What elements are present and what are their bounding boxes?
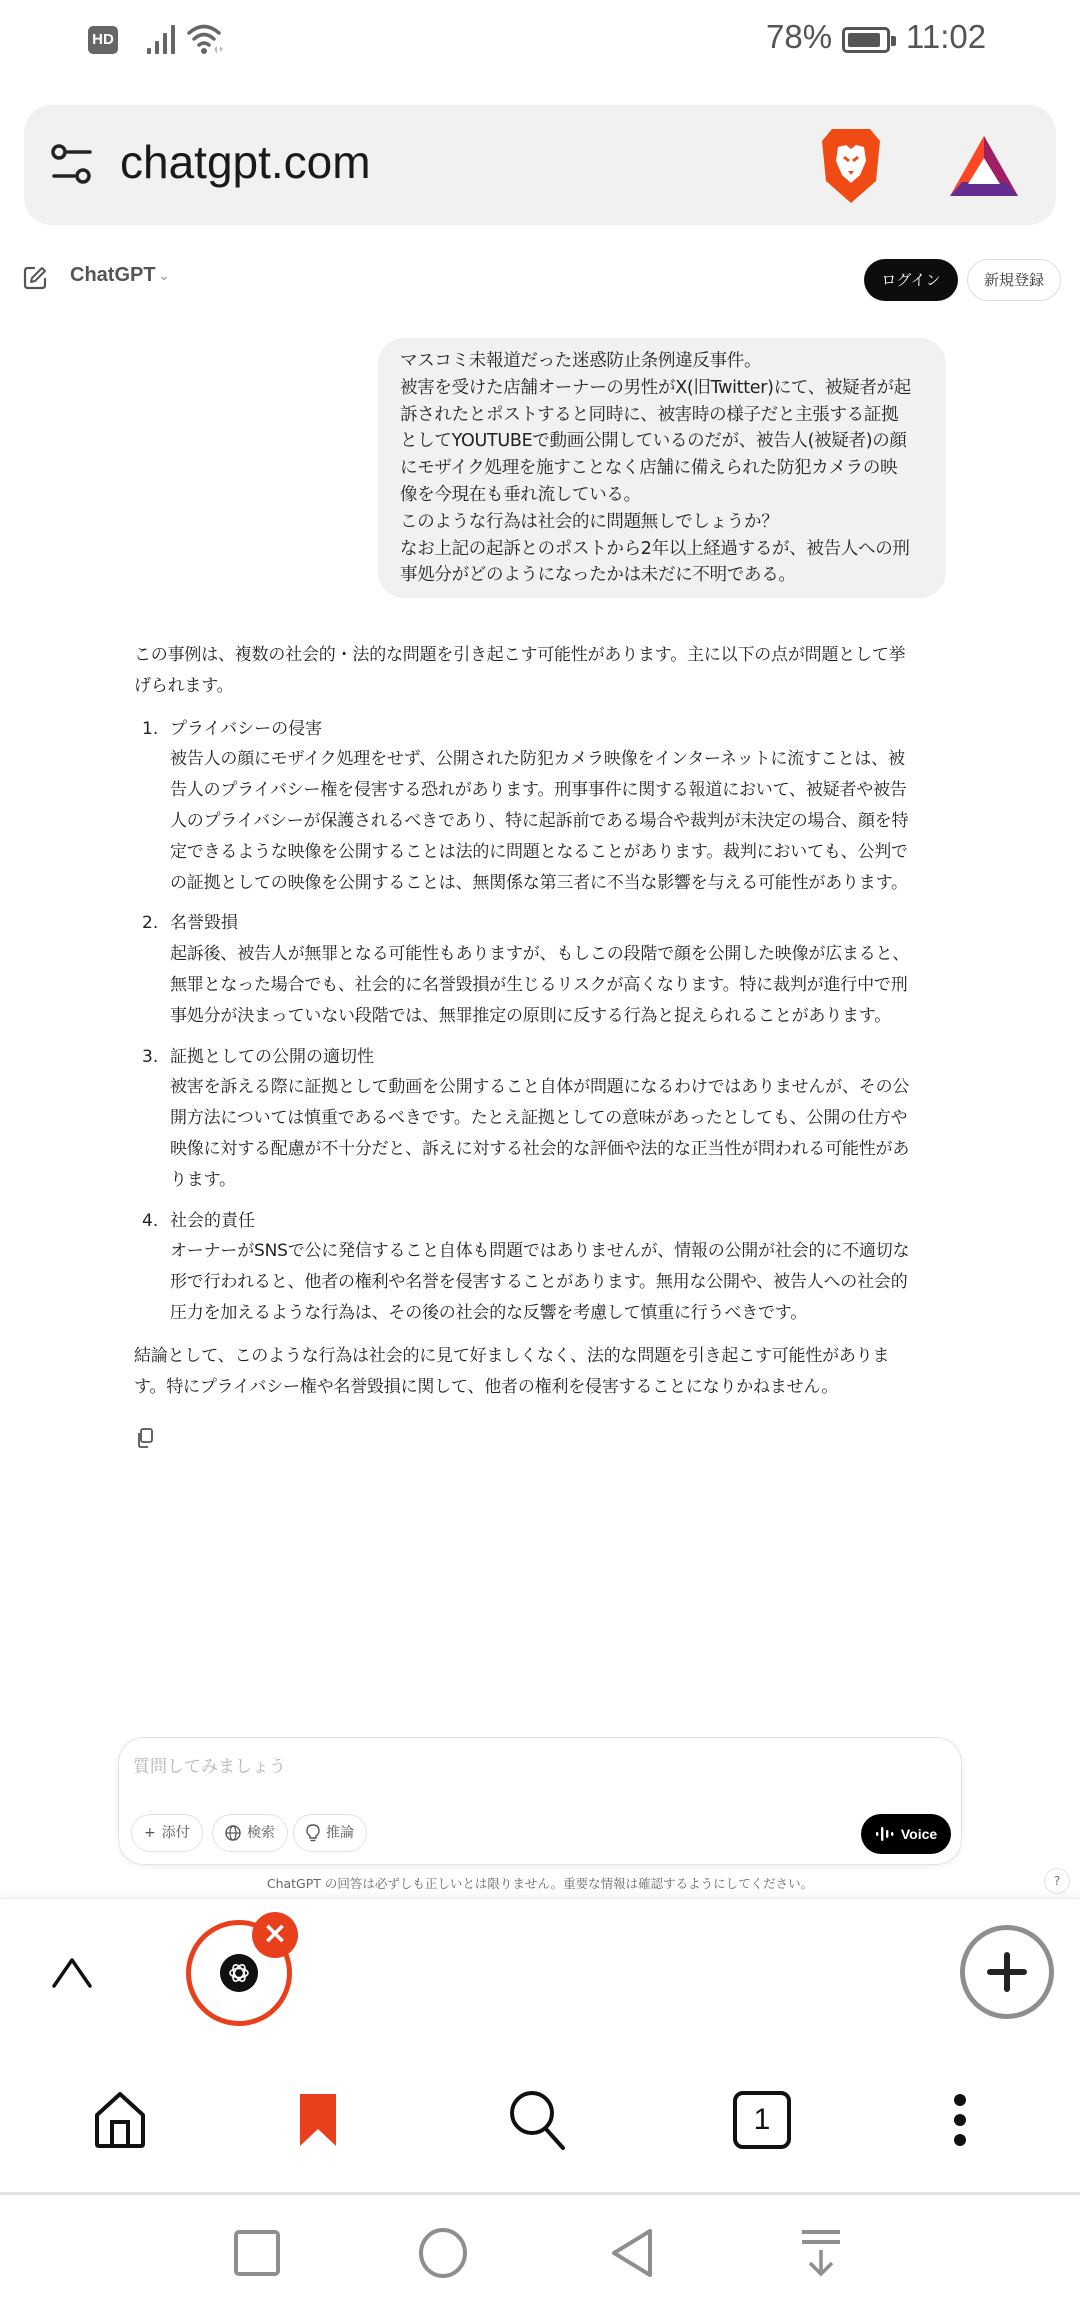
list-item-defamation: 2. 名誉毀損 起訴後、被告人が無罪となる可能性もありますが、もしこの段階で顔を… — [134, 908, 954, 1031]
user-message-line: 被害を受けた店舗オーナーの男性がX(旧Twitter)にて、被疑者が起 — [400, 375, 924, 402]
tab-count-icon: 1 — [733, 2091, 791, 2149]
text-line: 圧力を加えるような行為は、その後の社会的な反響を考慮して慎重に行うべきです。 — [170, 1298, 954, 1329]
text-line: す。特にプライバシー権や名誉毀損に関して、他者の権利を侵害することになりかねませ… — [134, 1372, 954, 1403]
text-line: 人のプライバシーが保護されるべきであり、特に起訴前である場合や裁判が未決定の場合… — [170, 806, 954, 837]
voice-waveform-icon — [875, 1826, 895, 1842]
recents-icon[interactable] — [232, 2228, 282, 2278]
url-text[interactable]: chatgpt.com — [120, 135, 371, 189]
back-icon[interactable] — [608, 2228, 658, 2278]
home-button[interactable] — [88, 2088, 152, 2152]
text-line: 告人のプライバシー権を侵害する恐れがあります。刑事事件に関する報道において、被疑… — [170, 775, 954, 806]
list-number: 2. — [142, 908, 158, 939]
bookmark-icon — [297, 2091, 339, 2149]
lightbulb-icon — [306, 1824, 320, 1842]
user-message-line: 像を今現在も垂れ流している。 — [400, 482, 924, 509]
attach-button[interactable]: + 添付 — [131, 1814, 203, 1852]
search-label: 検索 — [247, 1815, 275, 1851]
text-line: 事処分が決まっていない段階では、無罪推定の原則に反する行為と捉えられることがあり… — [170, 1001, 954, 1032]
user-message-line: としてYOUTUBEで動画公開しているのだが、被告人(被疑者)の顔 — [400, 428, 924, 455]
text-line: 被告人の顔にモザイク処理をせず、公開された防犯カメラ映像をインターネットに流すこ… — [170, 744, 954, 775]
list-number: 3. — [142, 1042, 158, 1073]
message-composer: + 添付 検索 推論 Voice — [118, 1737, 962, 1865]
text-line: この事例は、複数の社会的・法的な問題を引き起こす可能性があります。主に以下の点が… — [134, 640, 954, 671]
text-line: 映像に対する配慮が不十分だと、訴えに対する社会的な評価や法的な正当性が問われる可… — [170, 1134, 954, 1165]
text-line: の証拠としての映像を公開することは、無関係な第三者に不当な影響を与える可能性があ… — [170, 868, 954, 899]
help-button[interactable]: ? — [1044, 1868, 1070, 1894]
reason-button[interactable]: 推論 — [293, 1814, 367, 1852]
assistant-list: 1. プライバシーの侵害 被告人の顔にモザイク処理をせず、公開された防犯カメラ映… — [134, 714, 954, 1329]
text-line: 被害を訴える際に証拠として動画を公開すること自体が問題になるわけではありませんが… — [170, 1072, 954, 1103]
close-tab-icon[interactable]: × — [252, 1912, 298, 1958]
voice-button[interactable]: Voice — [861, 1814, 951, 1854]
list-number: 1. — [142, 714, 158, 745]
search-icon — [507, 2088, 569, 2152]
voice-label: Voice — [901, 1826, 937, 1842]
disclaimer-text: ChatGPT の回答は必ずしも正しいとは限りません。重要な情報は確認するように… — [0, 1874, 1080, 1892]
list-item-social-responsibility: 4. 社会的責任 オーナーがSNSで公に発信すること自体も問題ではありませんが、… — [134, 1206, 954, 1329]
menu-button[interactable] — [928, 2088, 992, 2152]
nav-divider — [0, 2192, 1080, 2195]
assistant-message: この事例は、複数の社会的・法的な問題を引き起こす可能性があります。主に以下の点が… — [134, 640, 954, 1402]
model-selector[interactable]: ChatGPT — [70, 264, 156, 287]
text-line: オーナーがSNSで公に発信すること自体も問題ではありませんが、情報の公開が社会的… — [170, 1236, 954, 1267]
status-bar: HD 78% 11:02 — [0, 0, 1080, 80]
attach-label: 添付 — [162, 1815, 190, 1851]
login-button[interactable]: ログイン — [864, 259, 958, 301]
text-line: 起訴後、被告人が無罪となる可能性もありますが、もしこの段階で顔を公開した映像が広… — [170, 939, 954, 970]
battery-percent: 78% — [766, 18, 832, 56]
new-tab-button[interactable] — [960, 1925, 1054, 2019]
text-line: 開方法については慎重であるべきです。たとえ証拠としての意味があったとしても、公開… — [170, 1103, 954, 1134]
user-message-line: このような行為は社会的に問題無しでしょうか？ — [400, 509, 924, 536]
list-item-privacy: 1. プライバシーの侵害 被告人の顔にモザイク処理をせず、公開された防犯カメラ映… — [134, 714, 954, 899]
tab-strip — [0, 1898, 1080, 2048]
globe-icon — [225, 1825, 241, 1841]
wifi-icon — [186, 22, 226, 56]
text-line: げられます。 — [134, 671, 954, 702]
reason-label: 推論 — [326, 1815, 354, 1851]
list-number: 4. — [142, 1206, 158, 1237]
battery-icon — [842, 27, 890, 53]
user-message-line: にモザイク処理を施すことなく店舗に備えられた防犯カメラの映 — [400, 455, 924, 482]
cellular-signal-icon — [146, 24, 178, 54]
brave-rewards-icon[interactable] — [948, 134, 1020, 198]
bookmarks-button[interactable] — [286, 2088, 350, 2152]
brave-shields-icon[interactable] — [818, 125, 884, 205]
list-item-title: 名誉毀損 — [170, 908, 954, 939]
home-icon — [92, 2091, 148, 2149]
signup-button[interactable]: 新規登録 — [967, 259, 1061, 301]
user-message-line: 事処分がどのようになったかは未だに不明である。 — [400, 562, 924, 589]
plus-icon: + — [144, 1815, 156, 1851]
user-message-line: 訴されたとポストすると同時に、被害時の様子だと主張する証拠 — [400, 402, 924, 429]
list-item-title: 社会的責任 — [170, 1206, 954, 1237]
search-button-nav[interactable] — [506, 2088, 570, 2152]
hd-voice-icon: HD — [88, 26, 118, 54]
notification-shade-icon[interactable] — [796, 2228, 846, 2278]
clock: 11:02 — [906, 18, 986, 56]
system-home-icon[interactable] — [418, 2228, 468, 2278]
copy-icon[interactable] — [136, 1428, 154, 1448]
chevron-down-icon[interactable]: ⌄ — [158, 268, 170, 284]
text-line: 形で行われると、他者の権利や名誉を侵害することがあります。無用な公開や、被告人へ… — [170, 1267, 954, 1298]
assistant-conclusion: 結論として、このような行為は社会的に見て好ましくなく、法的な問題を引き起こす可能… — [134, 1341, 954, 1403]
list-item-title: プライバシーの侵害 — [170, 714, 954, 745]
chevron-up-icon[interactable] — [48, 1950, 96, 1994]
assistant-intro: この事例は、複数の社会的・法的な問題を引き起こす可能性があります。主に以下の点が… — [134, 640, 954, 702]
user-message-bubble: マスコミ未報道だった迷惑防止条例違反事件。 被害を受けた店舗オーナーの男性がX(… — [378, 338, 946, 598]
user-message-line: マスコミ未報道だった迷惑防止条例違反事件。 — [400, 348, 924, 375]
chatgpt-logo-icon — [220, 1954, 258, 1992]
tab-switcher-button[interactable]: 1 — [730, 2088, 794, 2152]
text-line: ります。 — [170, 1165, 954, 1196]
site-settings-icon[interactable] — [50, 140, 94, 190]
text-line: 定できるような映像を公開することは法的に問題となることがあります。裁判においても… — [170, 837, 954, 868]
more-vertical-icon — [952, 2092, 968, 2148]
list-item-title: 証拠としての公開の適切性 — [170, 1042, 954, 1073]
user-message-line: なお上記の起訴とのポストから2年以上経過するが、被告人への刑 — [400, 536, 924, 563]
text-line: 結論として、このような行為は社会的に見て好ましくなく、法的な問題を引き起こす可能… — [134, 1341, 954, 1372]
message-input[interactable] — [133, 1752, 833, 1782]
list-item-evidence: 3. 証拠としての公開の適切性 被害を訴える際に証拠として動画を公開すること自体… — [134, 1042, 954, 1196]
new-chat-icon[interactable] — [22, 265, 48, 291]
search-button[interactable]: 検索 — [212, 1814, 288, 1852]
text-line: 無罪となった場合でも、社会的に名誉毀損が生じるリスクが高くなります。特に裁判が進… — [170, 970, 954, 1001]
